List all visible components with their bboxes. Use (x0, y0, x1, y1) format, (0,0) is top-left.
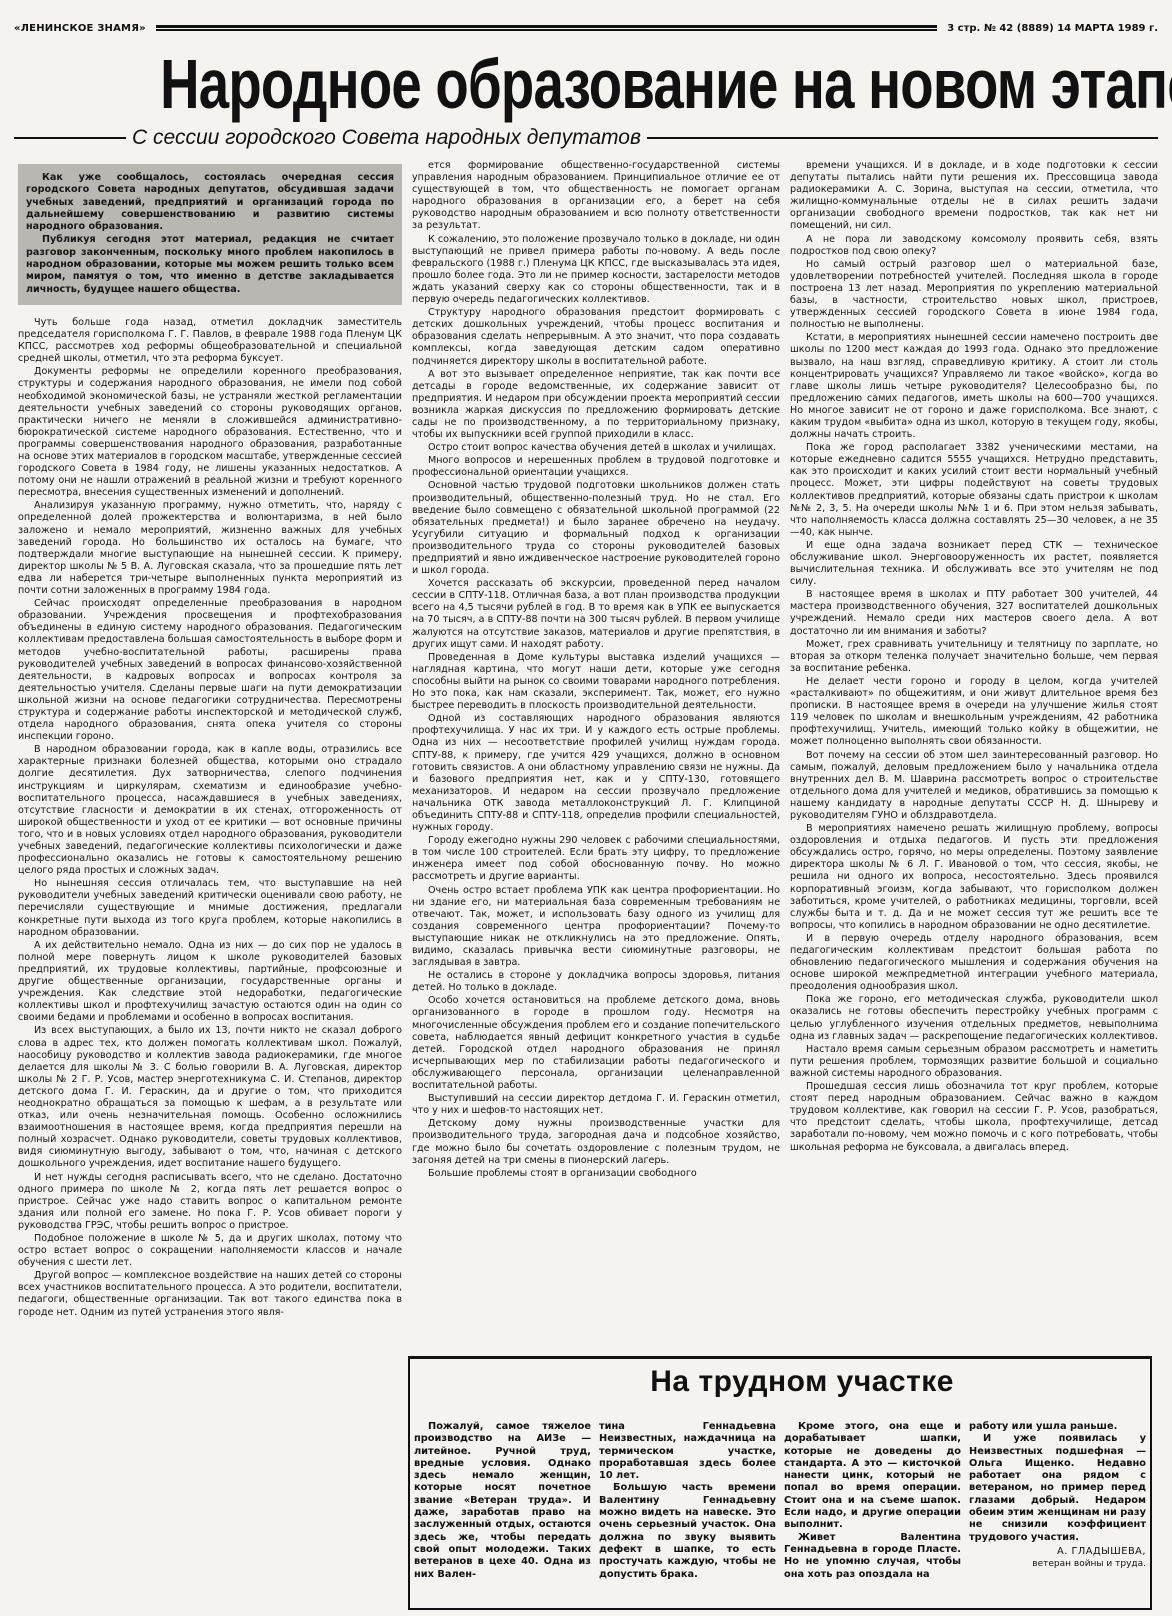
article-column-3: времени учащихся. И в докладе, и в ходе … (790, 160, 1158, 1340)
paragraph: Кроме этого, она еще и дорабатывает шапк… (784, 1421, 961, 1532)
paragraph: Живет Валентина Геннадьевна в городе Пла… (784, 1532, 961, 1581)
paragraph: Выступивший на сессии директор детдома Г… (412, 1093, 780, 1117)
paragraph: Пока же город располагает 3382 ученическ… (790, 442, 1158, 539)
newspaper-name: «ЛЕНИНСКОЕ ЗНАМЯ» (14, 23, 146, 34)
paragraph: ется формирование общественно-государств… (412, 160, 780, 233)
sidebar-column-3: Кроме этого, она еще и дорабатывает шапк… (784, 1421, 961, 1581)
paragraph: Хочется рассказать об экскурсии, проведе… (412, 578, 780, 651)
issue-info: 3 стр. № 42 (8889) 14 МАРТА 1989 г. (947, 23, 1158, 34)
paragraph: Документы реформы не определили коренног… (18, 366, 402, 499)
article-column-1: Как уже сообщалось, состоялась очередная… (18, 160, 402, 1608)
paragraph: Сейчас происходят определенные преобразо… (18, 598, 402, 743)
sidebar-column-2: тина Геннадьевна Неизвестных, наждачница… (599, 1421, 776, 1581)
paragraph: Подобное положение в школе № 5, да и дру… (18, 1233, 402, 1269)
sidebar-column-1: Пожалуй, самое тяжелое производство на А… (414, 1421, 591, 1581)
paragraph: А их действительно немало. Одна из них —… (18, 940, 402, 1025)
paragraph: Большие проблемы стоят в организации сво… (412, 1168, 780, 1180)
paragraph: Детскому дому нужны производственные уча… (412, 1118, 780, 1166)
paragraph: Много вопросов и нерешенных проблем в тр… (412, 455, 780, 479)
paragraph: В настоящее время в школах и ПТУ работае… (790, 589, 1158, 637)
paragraph: тина Геннадьевна Неизвестных, наждачница… (599, 1421, 776, 1482)
paragraph: Чуть больше года назад, отметил докладчи… (18, 317, 402, 365)
subheadline-rule-left (14, 137, 126, 139)
subheadline-rule-right (647, 137, 1158, 139)
paragraph: Городу ежегодно нужны 290 человек с рабо… (412, 835, 780, 883)
paragraph: К сожалению, это положение прозвучало то… (412, 234, 780, 307)
paragraph: Не делает чести гороно и городу в целом,… (790, 676, 1158, 749)
sidebar-column-4: работу или ушла раньше. И уже появилась … (969, 1421, 1146, 1581)
sidebar-article-title: На трудном участке (650, 1365, 954, 1399)
paragraph: И уже появилась у Неизвестных подшефная … (969, 1433, 1146, 1544)
paragraph: И еще одна задача возникает перед СТК — … (790, 540, 1158, 588)
paragraph: Может, грех сравнивать учительницу и тел… (790, 639, 1158, 675)
author-role: ветеран войны и труда. (969, 1558, 1146, 1570)
masthead-rule (156, 25, 937, 31)
paragraph: времени учащихся. И в докладе, и в ходе … (790, 160, 1158, 233)
paragraph: Особо хочется остановиться на проблеме д… (412, 995, 780, 1092)
paragraph: Из всех выступающих, а было их 13, почти… (18, 1025, 402, 1170)
lead-box: Как уже сообщалось, состоялась очередная… (18, 164, 402, 305)
paragraph: Очень остро встает проблема УПК как цент… (412, 885, 780, 970)
paragraph: Кстати, в мероприятиях нынешней сессии н… (790, 332, 1158, 441)
paragraph: Проведенная в Доме культуры выставка изд… (412, 652, 780, 712)
article-columns: Как уже сообщалось, состоялась очередная… (14, 160, 1158, 1350)
paragraph: Пока же гороно, его методическая служба,… (790, 994, 1158, 1042)
subheadline: С сессии городского Совета народных депу… (132, 126, 641, 150)
paragraph: А вот это вызывает определенное неприяти… (412, 369, 780, 442)
sidebar-article-columns: Пожалуй, самое тяжелое производство на А… (414, 1421, 1146, 1581)
paragraph: А не пора ли заводскому комсомолу прояви… (790, 234, 1158, 258)
subheadline-row: С сессии городского Совета народных депу… (14, 126, 1158, 150)
paragraph: Другой вопрос — комплексное воздействие … (18, 1270, 402, 1318)
paragraph: Основной частью трудовой подготовки школ… (412, 480, 780, 577)
paragraph: В мероприятиях намечено решать жилищную … (790, 823, 1158, 932)
author-signature: А. ГЛАДЫШЕВА, ветеран войны и труда. (969, 1546, 1146, 1571)
paragraph: Но нынешняя сессия отличалась тем, что в… (18, 878, 402, 938)
paragraph: Структуру народного образования предстои… (412, 307, 780, 367)
newspaper-page: «ЛЕНИНСКОЕ ЗНАМЯ» 3 стр. № 42 (8889) 14 … (0, 0, 1172, 1616)
article-column-2: ется формирование общественно-государств… (412, 160, 780, 1340)
paragraph: Остро стоит вопрос качества обучения дет… (412, 442, 780, 454)
paragraph: Одной из составляющих народного образова… (412, 713, 780, 834)
masthead: «ЛЕНИНСКОЕ ЗНАМЯ» 3 стр. № 42 (8889) 14 … (14, 20, 1158, 36)
author-name: А. ГЛАДЫШЕВА, (969, 1546, 1146, 1558)
paragraph: Пожалуй, самое тяжелое производство на А… (414, 1421, 591, 1581)
paragraph: Большую часть времени Валентину Геннадье… (599, 1482, 776, 1580)
paragraph: Не остались в стороне у докладчика вопро… (412, 970, 780, 994)
lead-paragraph: Как уже сообщалось, состоялась очередная… (26, 172, 394, 233)
paragraph: Прошедшая сессия лишь обозначила тот кру… (790, 1081, 1158, 1154)
paragraph: И нет нужды сегодня расписывать всего, ч… (18, 1172, 402, 1232)
headline: Народное образование на новом этапе (160, 44, 1012, 124)
paragraph: Вот почему на сессии об этом шел заинтер… (790, 750, 1158, 823)
paragraph: Настало время самым серьезным образом ра… (790, 1044, 1158, 1080)
paragraph: работу или ушла раньше. (969, 1421, 1146, 1433)
paragraph: Но самый острый разговор шел о материаль… (790, 259, 1158, 332)
lead-paragraph: Публикуя сегодня этот материал, редакция… (26, 234, 394, 295)
paragraph: И в первую очередь отделу народного обра… (790, 933, 1158, 993)
paragraph: Анализируя указанную программу, нужно от… (18, 500, 402, 597)
paragraph: В народном образовании города, как в кап… (18, 744, 402, 877)
sidebar-article-box: На трудном участке Пожалуй, самое тяжело… (408, 1356, 1152, 1610)
